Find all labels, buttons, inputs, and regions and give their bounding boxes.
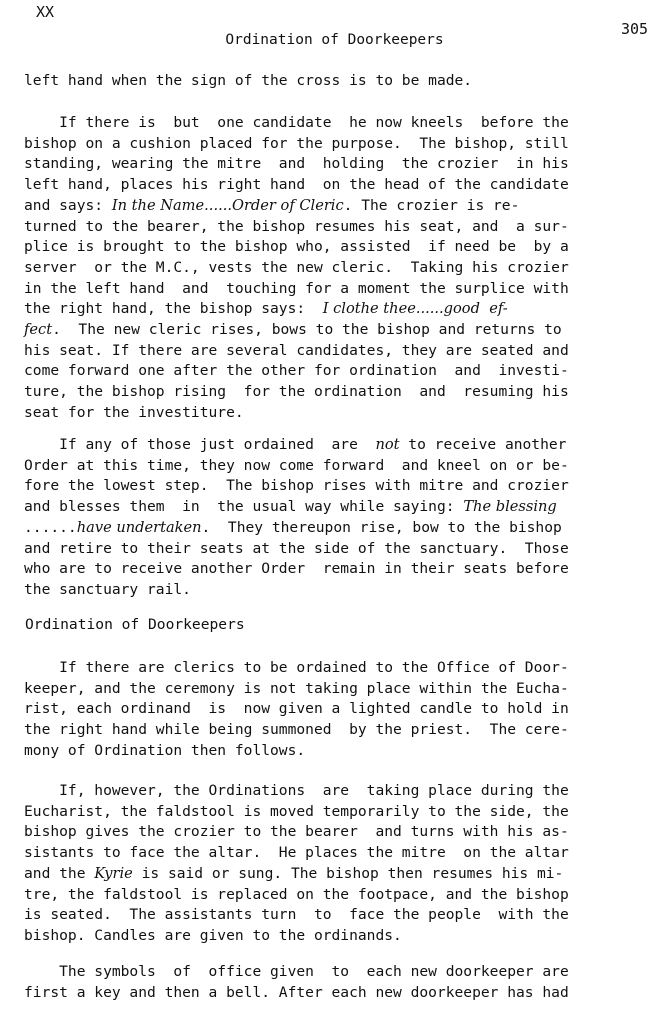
text-line: left hand when the sign of the cross is … <box>24 71 472 91</box>
text-span: first a key and then a bell. After each … <box>24 984 569 1001</box>
text-line: his seat. If there are several candidate… <box>24 341 569 361</box>
text-span: the right hand while being summoned by t… <box>24 721 569 738</box>
text-span: and the <box>24 865 94 882</box>
text-line: who are to receive another Order remain … <box>24 559 569 579</box>
text-line: and the Kyrie is said or sung. The bisho… <box>24 864 563 884</box>
text-line: is seated. The assistants turn to face t… <box>24 905 569 925</box>
text-span: and says: <box>24 197 112 214</box>
text-line: fore the lowest step. The bishop rises w… <box>24 476 569 496</box>
text-line: bishop on a cushion placed for the purpo… <box>24 134 569 154</box>
text-span: left hand when the sign of the cross is … <box>24 72 472 89</box>
text-line: rist, each ordinand is now given a light… <box>24 699 569 719</box>
text-span: If there are clerics to be ordained to t… <box>24 659 569 676</box>
text-line: turned to the bearer, the bishop resumes… <box>24 217 569 237</box>
text-span: sistants to face the altar. He places th… <box>24 844 569 861</box>
text-span: The symbols of office given to each new … <box>24 963 569 980</box>
text-span: server or the M.C., vests the new cleric… <box>24 259 569 276</box>
text-line: seat for the investiture. <box>24 403 244 423</box>
text-span: is said or sung. The bishop then resumes… <box>133 865 564 882</box>
text-line: tre, the faldstool is replaced on the fo… <box>24 885 569 905</box>
text-line: the sanctuary rail. <box>24 580 191 600</box>
text-line: plice is brought to the bishop who, assi… <box>24 237 569 257</box>
text-span: plice is brought to the bishop who, assi… <box>24 238 569 255</box>
text-line: keeper, and the ceremony is not taking p… <box>24 679 569 699</box>
text-line: ture, the bishop rising for the ordinati… <box>24 382 569 402</box>
italic-text: The blessing <box>463 498 556 515</box>
text-line: and says: In the Name......Order of Cler… <box>24 196 519 216</box>
text-span: the sanctuary rail. <box>24 581 191 598</box>
text-span: who are to receive another Order remain … <box>24 560 569 577</box>
text-span: . The crozier is re- <box>344 197 520 214</box>
text-line: the right hand, the bishop says: I cloth… <box>24 299 508 319</box>
text-span: the right hand, the bishop says: <box>24 300 323 317</box>
italic-text: have undertaken <box>77 519 202 536</box>
italic-text: not <box>375 436 399 453</box>
text-span: bishop. Candles are given to the ordinan… <box>24 927 402 944</box>
text-span: to receive another <box>400 436 567 453</box>
text-span: . They thereupon rise, bow to the bishop <box>202 519 562 536</box>
text-span: tre, the faldstool is replaced on the fo… <box>24 886 569 903</box>
running-title: Ordination of Doorkeepers <box>0 32 669 48</box>
text-span: seat for the investiture. <box>24 404 244 421</box>
text-span: ...... <box>24 519 77 536</box>
text-span: Eucharist, the faldstool is moved tempor… <box>24 803 569 820</box>
text-line: mony of Ordination then follows. <box>24 741 305 761</box>
text-span: bishop gives the crozier to the bearer a… <box>24 823 569 840</box>
text-line: The symbols of office given to each new … <box>24 962 569 982</box>
italic-text: Kyrie <box>94 865 133 882</box>
text-span: rist, each ordinand is now given a light… <box>24 700 569 717</box>
text-span: If, however, the Ordinations are taking … <box>24 782 569 799</box>
text-line: server or the M.C., vests the new cleric… <box>24 258 569 278</box>
text-line: Order at this time, they now come forwar… <box>24 456 569 476</box>
text-line: and retire to their seats at the side of… <box>24 539 569 559</box>
text-line: sistants to face the altar. He places th… <box>24 843 569 863</box>
text-line: bishop gives the crozier to the bearer a… <box>24 822 569 842</box>
text-line: standing, wearing the mitre and holding … <box>24 154 569 174</box>
text-line: the right hand while being summoned by t… <box>24 720 569 740</box>
text-span: turned to the bearer, the bishop resumes… <box>24 218 569 235</box>
text-line: If there is but one candidate he now kne… <box>24 113 569 133</box>
text-span: his seat. If there are several candidate… <box>24 342 569 359</box>
text-span: is seated. The assistants turn to face t… <box>24 906 569 923</box>
text-line: Eucharist, the faldstool is moved tempor… <box>24 802 569 822</box>
text-span: come forward one after the other for ord… <box>24 362 569 379</box>
italic-text: fect <box>24 321 52 338</box>
text-span: in the left hand and touching for a mome… <box>24 280 569 297</box>
running-head-left: XX <box>36 3 54 21</box>
text-line: in the left hand and touching for a mome… <box>24 279 569 299</box>
text-line: If any of those just ordained are not to… <box>24 435 566 455</box>
text-line: If there are clerics to be ordained to t… <box>24 658 569 678</box>
text-span: . The new cleric rises, bows to the bish… <box>52 321 562 338</box>
text-line: If, however, the Ordinations are taking … <box>24 781 569 801</box>
text-span: and retire to their seats at the side of… <box>24 540 569 557</box>
text-line: left hand, places his right hand on the … <box>24 175 569 195</box>
text-span: ture, the bishop rising for the ordinati… <box>24 383 569 400</box>
italic-text: I clothe thee......good ef- <box>323 300 508 317</box>
text-span: left hand, places his right hand on the … <box>24 176 569 193</box>
text-line: bishop. Candles are given to the ordinan… <box>24 926 402 946</box>
italic-text: In the Name......Order of Cleric <box>112 197 344 214</box>
text-span: keeper, and the ceremony is not taking p… <box>24 680 569 697</box>
text-line: and blesses them in the usual way while … <box>24 497 557 517</box>
text-span: If there is but one candidate he now kne… <box>24 114 569 131</box>
text-span: fore the lowest step. The bishop rises w… <box>24 477 569 494</box>
text-line: first a key and then a bell. After each … <box>24 983 569 1003</box>
text-span: bishop on a cushion placed for the purpo… <box>24 135 569 152</box>
text-line: fect. The new cleric rises, bows to the … <box>24 320 562 340</box>
text-line: come forward one after the other for ord… <box>24 361 569 381</box>
section-heading: Ordination of Doorkeepers <box>25 616 245 633</box>
text-span: If any of those just ordained are <box>24 436 375 453</box>
text-span: standing, wearing the mitre and holding … <box>24 155 569 172</box>
text-span: Order at this time, they now come forwar… <box>24 457 569 474</box>
text-line: ......have undertaken. They thereupon ri… <box>24 518 562 538</box>
text-span: mony of Ordination then follows. <box>24 742 305 759</box>
text-span: and blesses them in the usual way while … <box>24 498 463 515</box>
